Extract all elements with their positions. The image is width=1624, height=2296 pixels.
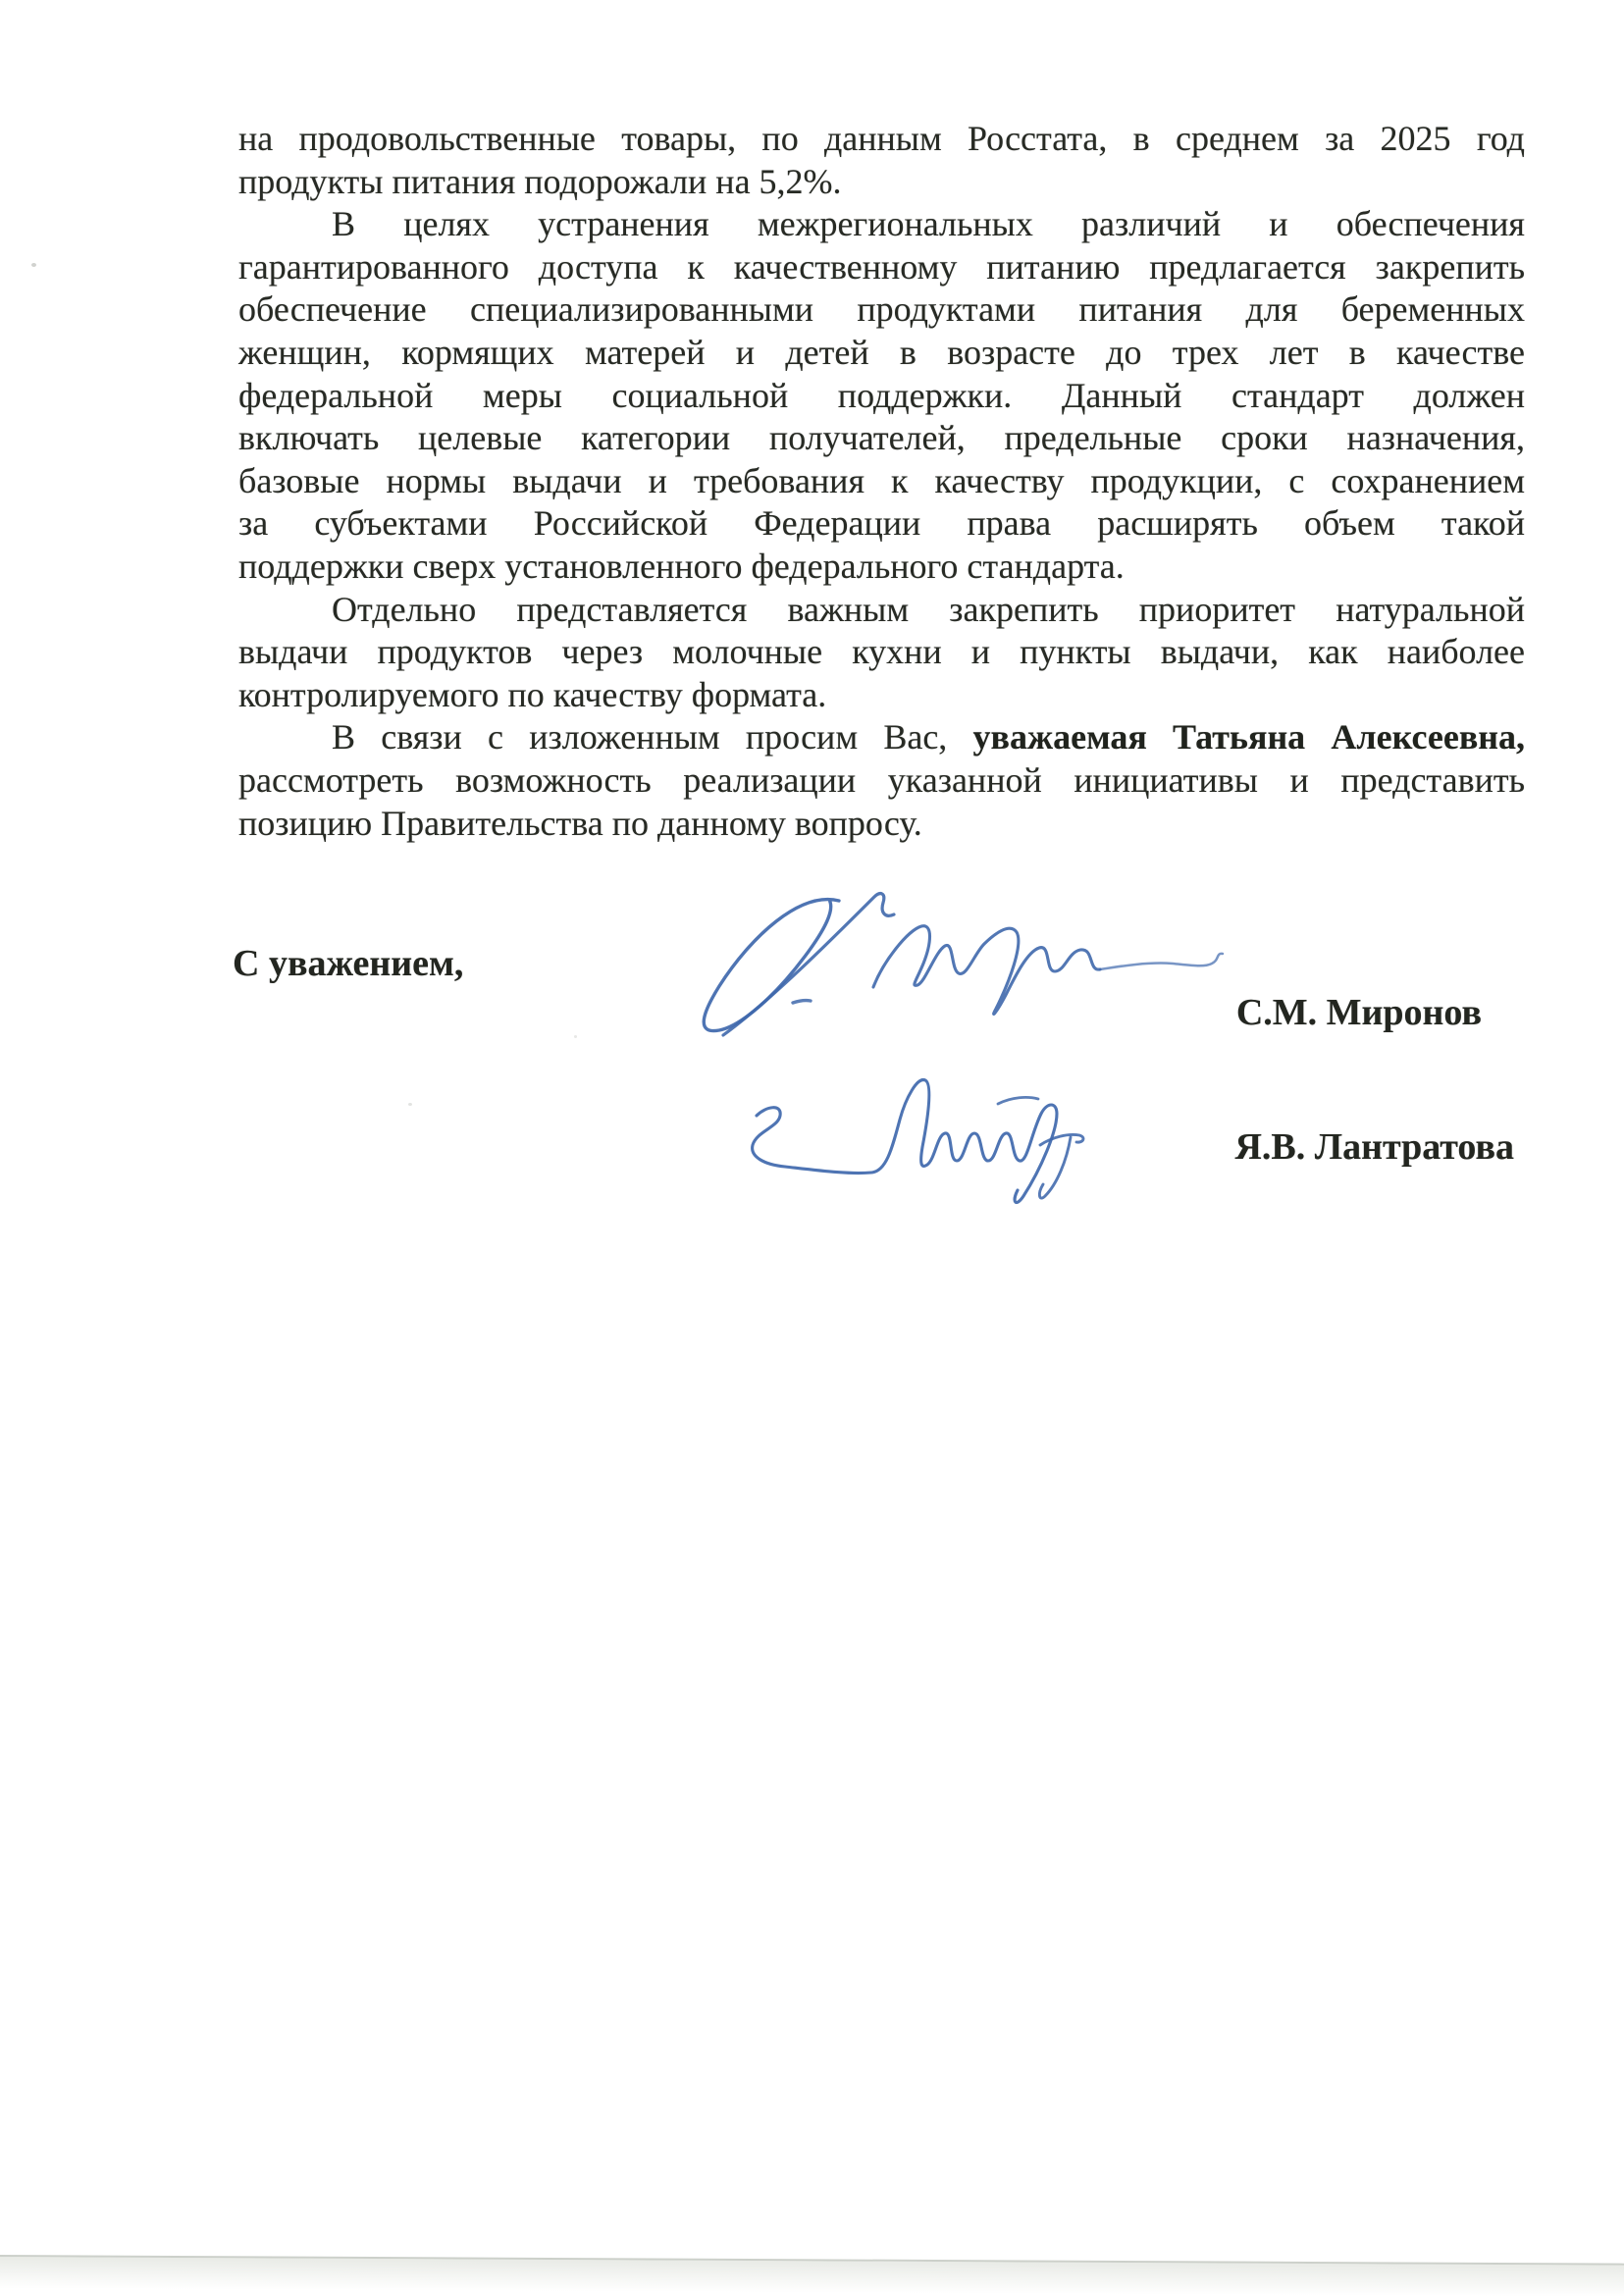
- body-line: контролируемого по качеству формата.: [238, 674, 1525, 717]
- body-text-segment: выдачи продуктов через молочные кухни и …: [238, 632, 1525, 671]
- body-text-segment: федеральной меры социальной поддержки. Д…: [238, 376, 1525, 415]
- body-text-segment: гарантированного доступа к качественному…: [238, 247, 1525, 287]
- mironov-signature-icon: [682, 883, 1241, 1050]
- body-text-segment: включать целевые категории получателей, …: [238, 418, 1525, 457]
- body-line: базовые нормы выдачи и требования к каче…: [238, 460, 1525, 503]
- lantratova-signature-icon: [741, 1072, 1109, 1220]
- signatory-name-lantratova: Я.В. Лантратова: [1234, 1125, 1514, 1169]
- body-line: рассмотреть возможность реализации указа…: [238, 759, 1525, 803]
- letter-body: на продовольственные товары, по данным Р…: [238, 118, 1525, 845]
- body-text-bold-segment: уважаемая Татьяна Алексеевна,: [973, 717, 1525, 757]
- signatory-name-mironov: С.М. Миронов: [1236, 991, 1482, 1034]
- closing-salutation: С уважением,: [233, 942, 463, 985]
- body-line: федеральной меры социальной поддержки. Д…: [238, 375, 1525, 418]
- body-text-segment: базовые нормы выдачи и требования к каче…: [238, 461, 1525, 500]
- body-text-segment: В целях устранения межрегиональных разли…: [332, 204, 1525, 243]
- scan-speck: [574, 1035, 577, 1038]
- body-line: обеспечение специализированными продукта…: [238, 288, 1525, 332]
- body-text-segment: обеспечение специализированными продукта…: [238, 289, 1525, 329]
- body-text-segment: позицию Правительства по данному вопросу…: [238, 804, 922, 843]
- body-line: женщин, кормящих матерей и детей в возра…: [238, 332, 1525, 375]
- body-line: на продовольственные товары, по данным Р…: [238, 118, 1525, 161]
- scan-speck: [31, 263, 36, 267]
- body-line: гарантированного доступа к качественному…: [238, 246, 1525, 289]
- body-text-segment: продукты питания подорожали на 5,2%.: [238, 162, 842, 201]
- body-line: поддержки сверх установленного федеральн…: [238, 546, 1525, 589]
- body-text-segment: Отдельно представляется важным закрепить…: [332, 590, 1525, 629]
- body-text-segment: за субъектами Российской Федерации права…: [238, 503, 1525, 543]
- body-line: включать целевые категории получателей, …: [238, 417, 1525, 460]
- body-line: продукты питания подорожали на 5,2%.: [238, 161, 1525, 204]
- body-line: за субъектами Российской Федерации права…: [238, 502, 1525, 546]
- body-line: В связи с изложенным просим Вас, уважаем…: [238, 716, 1525, 759]
- body-text-segment: В связи с изложенным просим Вас,: [332, 717, 973, 757]
- scan-speck: [408, 1103, 412, 1106]
- body-line: позицию Правительства по данному вопросу…: [238, 803, 1525, 846]
- body-text-segment: на продовольственные товары, по данным Р…: [238, 119, 1525, 158]
- body-line: выдачи продуктов через молочные кухни и …: [238, 631, 1525, 674]
- body-line: Отдельно представляется важным закрепить…: [238, 589, 1525, 632]
- scanned-letter-page: на продовольственные товары, по данным Р…: [0, 0, 1624, 2296]
- body-text-segment: контролируемого по качеству формата.: [238, 675, 826, 714]
- body-line: В целях устранения межрегиональных разли…: [238, 203, 1525, 246]
- body-text-segment: поддержки сверх установленного федеральн…: [238, 547, 1125, 586]
- body-text-segment: рассмотреть возможность реализации указа…: [238, 760, 1525, 800]
- body-text-segment: женщин, кормящих матерей и детей в возра…: [238, 333, 1525, 372]
